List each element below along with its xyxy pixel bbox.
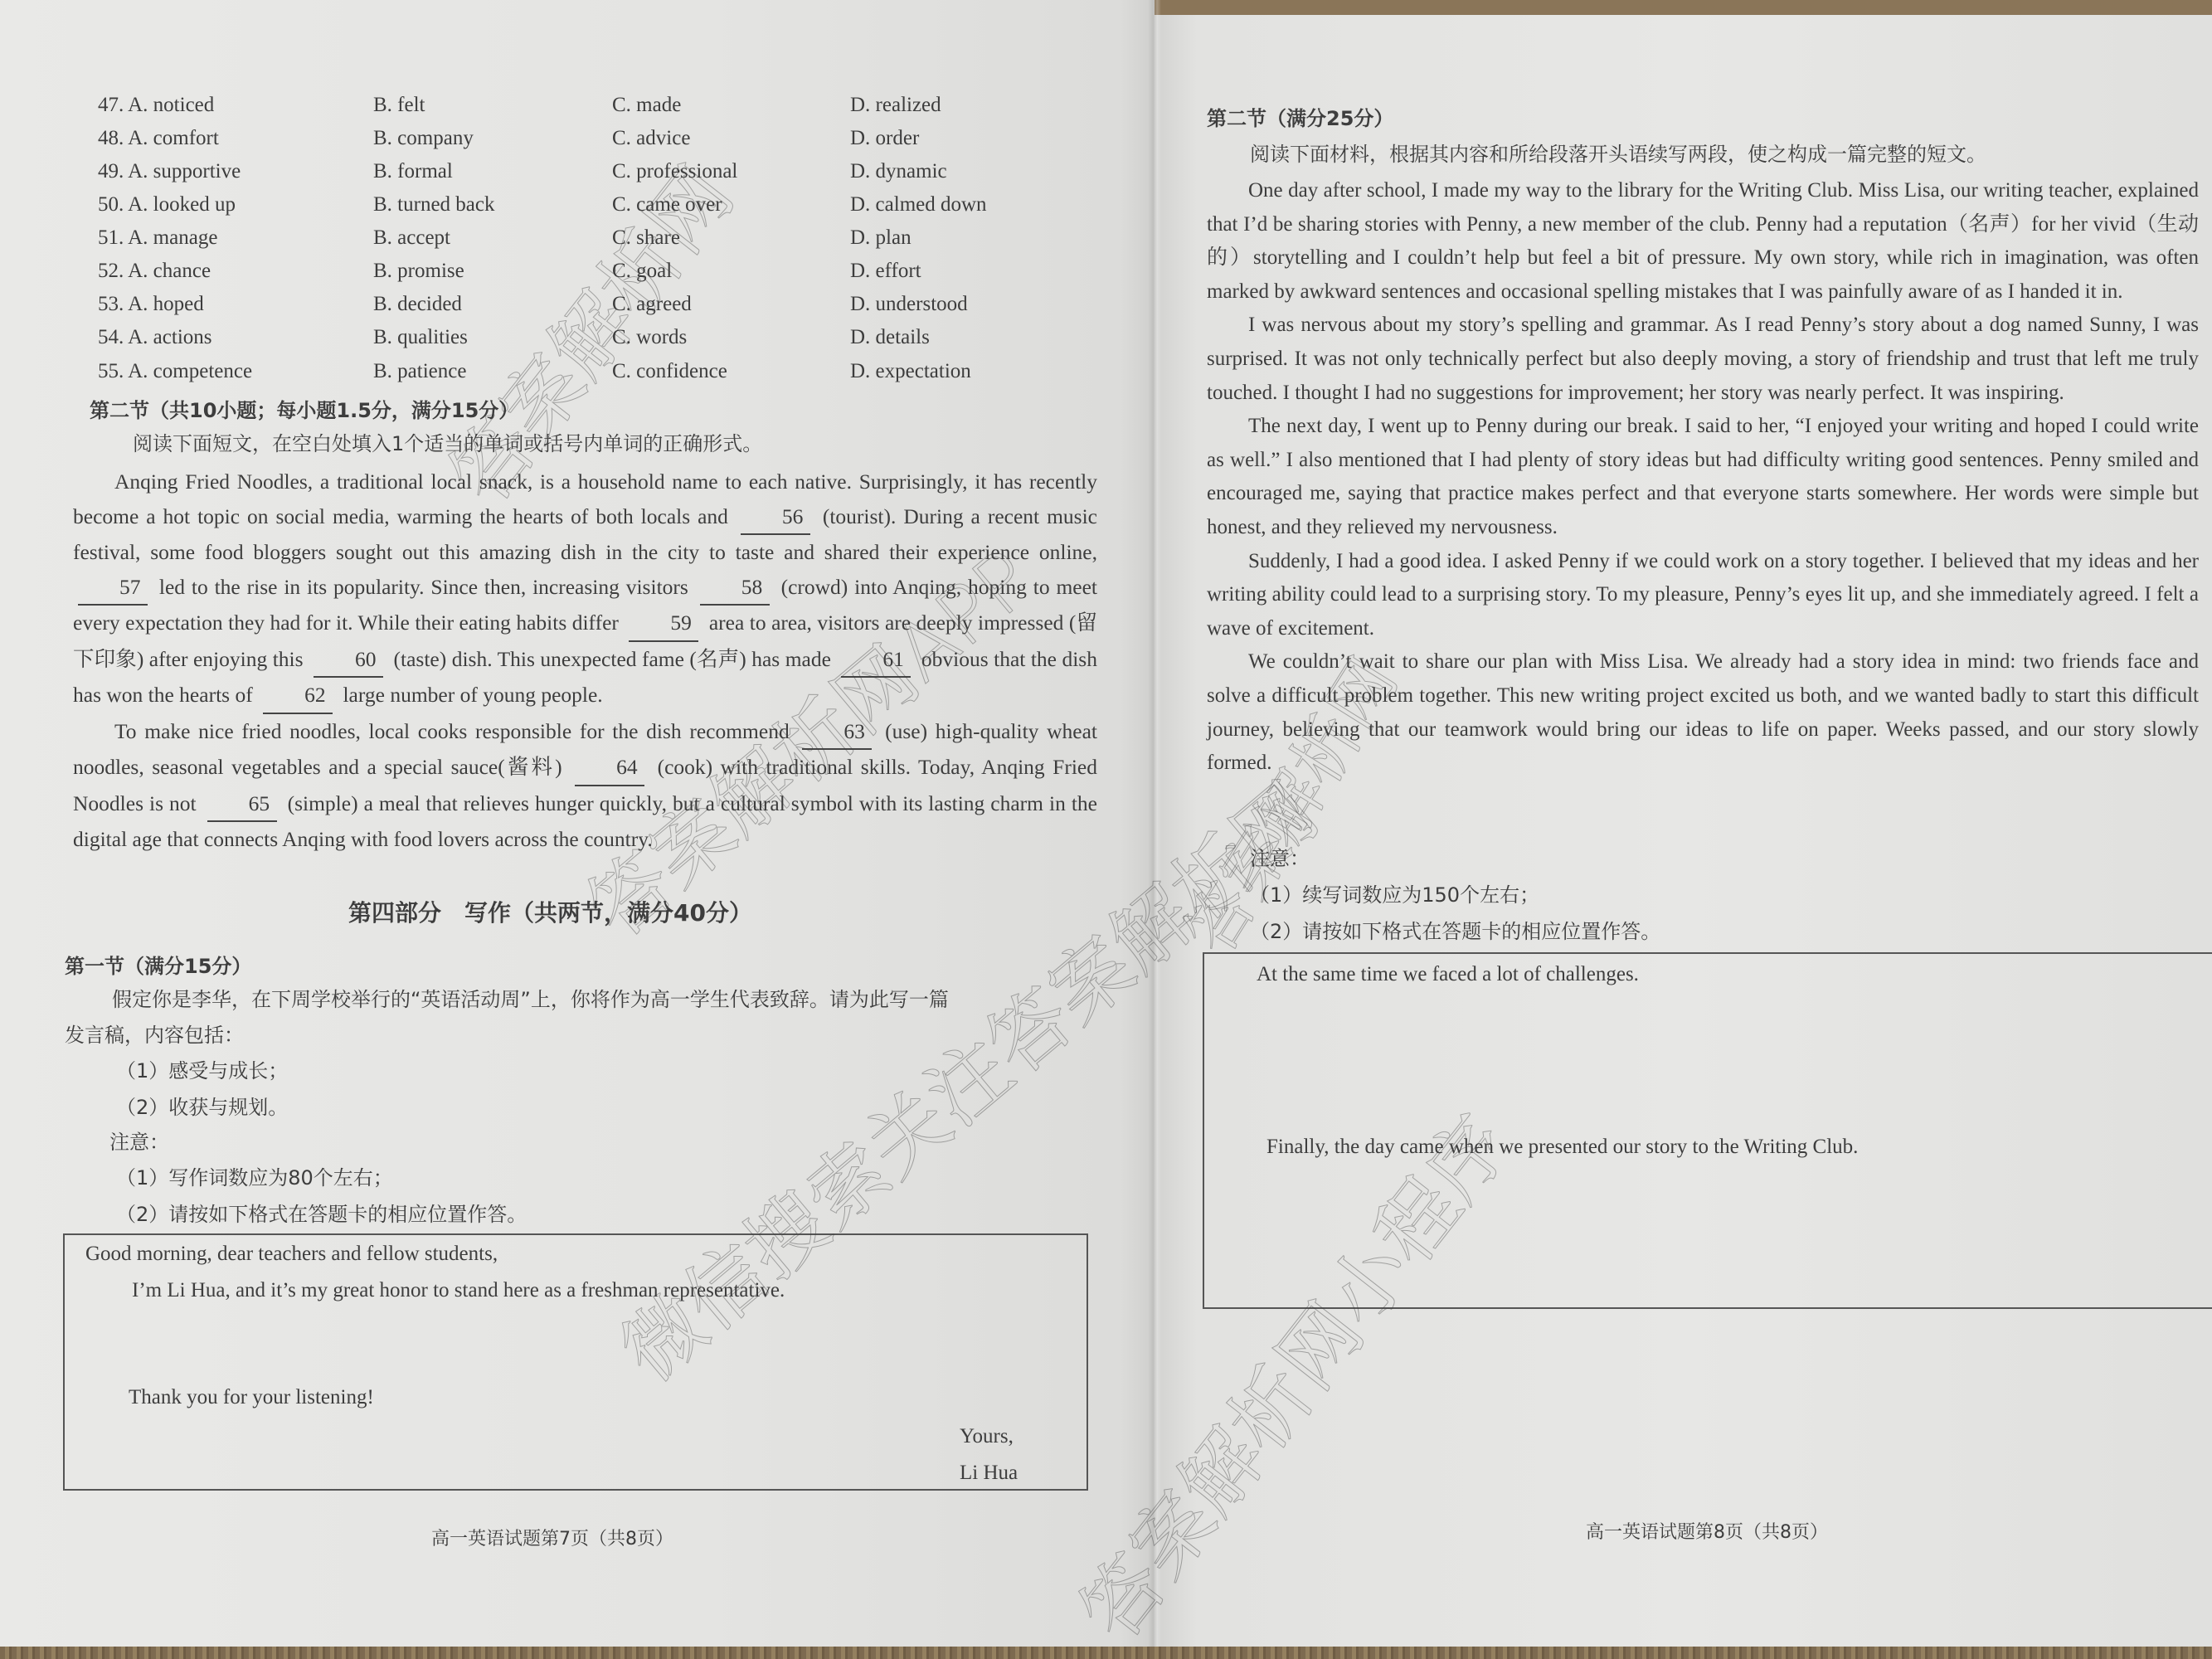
option-a: 48. A. comfort xyxy=(98,127,219,150)
answer-blank[interactable]: 58 xyxy=(700,570,770,606)
option-b: B. promise xyxy=(373,260,464,283)
exam-page-8: 第二节（满分25分） 阅读下面材料，根据其内容和所给段落开头语续写两段，使之构成… xyxy=(1155,15,2212,1647)
answer-blank[interactable]: 64 xyxy=(575,750,644,786)
option-row: 47. A. noticedB. feltC. madeD. realized xyxy=(98,94,1093,122)
option-c: C. made xyxy=(612,94,681,117)
passage-text: led to the rise in its popularity. Since… xyxy=(153,575,695,599)
option-c: C. came over xyxy=(612,193,722,216)
speech-signature: Li Hua xyxy=(960,1461,1018,1486)
story-paragraph: We couldn’t wait to share our plan with … xyxy=(1207,645,2199,780)
option-row: 50. A. looked upB. turned backC. came ov… xyxy=(98,193,1093,221)
option-b: B. decided xyxy=(373,293,462,316)
note-item: （1）续写词数应为150个左右； xyxy=(1250,883,1539,907)
option-c: C. agreed xyxy=(612,293,692,316)
story-paragraph: The next day, I went up to Penny during … xyxy=(1207,410,2199,544)
option-b: B. formal xyxy=(373,160,453,183)
option-a: 49. A. supportive xyxy=(98,160,241,183)
story-paragraph: Suddenly, I had a good idea. I asked Pen… xyxy=(1207,545,2199,646)
speech-greeting: Good morning, dear teachers and fellow s… xyxy=(85,1242,498,1267)
page-footer: 高一英语试题第8页（共8页） xyxy=(1586,1518,1828,1544)
option-a: 53. A. hoped xyxy=(98,293,204,316)
option-b: B. felt xyxy=(373,94,425,117)
option-d: D. understood xyxy=(850,293,968,316)
option-d: D. details xyxy=(850,326,930,349)
option-row: 55. A. competenceB. patienceC. confidenc… xyxy=(98,360,1093,388)
exam-page-7: 47. A. noticedB. feltC. madeD. realized4… xyxy=(0,0,1155,1647)
answer-blank[interactable]: 61 xyxy=(841,642,911,679)
speech-signoff: Yours, xyxy=(960,1424,1014,1449)
part-heading: 第四部分 写作（共两节，满分40分） xyxy=(348,901,752,926)
passage-paragraph: To make nice fried noodles, local cooks … xyxy=(73,714,1097,857)
option-b: B. turned back xyxy=(373,193,494,216)
paragraph-starter-1: At the same time we faced a lot of chall… xyxy=(1257,962,1639,987)
option-d: D. plan xyxy=(850,226,912,250)
answer-format-box: Good morning, dear teachers and fellow s… xyxy=(63,1233,1088,1491)
option-d: D. expectation xyxy=(850,360,971,383)
option-a: 47. A. noticed xyxy=(98,94,214,117)
page-fold xyxy=(1148,0,1161,1647)
option-a: 54. A. actions xyxy=(98,326,212,349)
option-c: C. confidence xyxy=(612,360,727,383)
note-item: （2）请按如下格式在答题卡的相应位置作答。 xyxy=(116,1202,527,1227)
option-a: 51. A. manage xyxy=(98,226,217,250)
speech-opening: I’m Li Hua, and it’s my great honor to s… xyxy=(132,1278,785,1303)
option-c: C. professional xyxy=(612,160,737,183)
option-row: 51. A. manageB. acceptC. shareD. plan xyxy=(98,226,1093,255)
grammar-passage: Anqing Fried Noodles, a traditional loca… xyxy=(73,465,1097,857)
option-d: D. realized xyxy=(850,94,941,117)
option-b: B. accept xyxy=(373,226,450,250)
option-d: D. calmed down xyxy=(850,193,987,216)
section-heading: 第二节（满分25分） xyxy=(1207,106,1393,131)
answer-blank[interactable]: 59 xyxy=(629,606,698,642)
option-c: C. advice xyxy=(612,127,690,150)
passage-paragraph: Anqing Fried Noodles, a traditional loca… xyxy=(73,465,1097,714)
option-d: D. effort xyxy=(850,260,921,283)
writing-item: （2）收获与规划。 xyxy=(116,1095,288,1120)
answer-blank[interactable]: 63 xyxy=(802,714,872,751)
writing-prompt: 发言稿，内容包括： xyxy=(65,1023,244,1048)
answer-blank[interactable]: 60 xyxy=(314,642,383,679)
option-b: B. patience xyxy=(373,360,466,383)
writing-prompt: 假定你是李华，在下周学校举行的“英语活动周”上，你将作为高一学生代表致辞。请为此… xyxy=(112,987,949,1012)
answer-blank[interactable]: 57 xyxy=(78,570,148,606)
speech-closing: Thank you for your listening! xyxy=(129,1385,374,1410)
answer-blank[interactable]: 56 xyxy=(741,499,810,536)
passage-text: To make nice fried noodles, local cooks … xyxy=(114,719,797,743)
option-row: 49. A. supportiveB. formalC. professiona… xyxy=(98,160,1093,188)
section-heading: 第一节（满分15分） xyxy=(65,954,251,979)
paragraph-starter-2: Finally, the day came when we presented … xyxy=(1266,1135,1858,1160)
writing-item: （1）感受与成长； xyxy=(116,1058,288,1083)
option-c: C. share xyxy=(612,226,680,250)
notes-label: 注意： xyxy=(1250,846,1310,871)
option-row: 52. A. chanceB. promiseC. goalD. effort xyxy=(98,260,1093,288)
option-c: C. goal xyxy=(612,260,672,283)
option-d: D. dynamic xyxy=(850,160,947,183)
notes-label: 注意： xyxy=(109,1130,169,1155)
option-a: 52. A. chance xyxy=(98,260,211,283)
note-item: （2）请按如下格式在答题卡的相应位置作答。 xyxy=(1250,919,1660,944)
passage-text: large number of young people. xyxy=(338,683,603,707)
option-a: 50. A. looked up xyxy=(98,193,236,216)
passage-text: (taste) dish. This unexpected fame (名声) … xyxy=(388,647,836,671)
section-instruction: 阅读下面短文，在空白处填入1个适当的单词或括号内单词的正确形式。 xyxy=(133,431,762,456)
option-c: C. words xyxy=(612,326,687,349)
story-paragraph: One day after school, I made my way to t… xyxy=(1207,174,2199,309)
answer-blank[interactable]: 65 xyxy=(207,786,277,823)
continuation-story: One day after school, I made my way to t… xyxy=(1207,174,2199,781)
option-d: D. order xyxy=(850,127,919,150)
note-item: （1）写作词数应为80个左右； xyxy=(116,1165,393,1190)
story-paragraph: I was nervous about my story’s spelling … xyxy=(1207,309,2199,410)
section-instruction: 阅读下面材料，根据其内容和所给段落开头语续写两段，使之构成一篇完整的短文。 xyxy=(1250,142,1986,167)
answer-format-box: At the same time we faced a lot of chall… xyxy=(1203,952,2212,1309)
option-b: B. qualities xyxy=(373,326,468,349)
option-row: 48. A. comfortB. companyC. adviceD. orde… xyxy=(98,127,1093,155)
answer-blank[interactable]: 62 xyxy=(263,678,333,714)
option-row: 53. A. hopedB. decidedC. agreedD. unders… xyxy=(98,293,1093,321)
section-heading: 第二节（共10小题；每小题1.5分，满分15分） xyxy=(90,398,518,423)
option-row: 54. A. actionsB. qualitiesC. wordsD. det… xyxy=(98,326,1093,354)
option-b: B. company xyxy=(373,127,474,150)
page-footer: 高一英语试题第7页（共8页） xyxy=(431,1525,673,1550)
option-a: 55. A. competence xyxy=(98,360,252,383)
table-surface xyxy=(0,1647,2212,1659)
